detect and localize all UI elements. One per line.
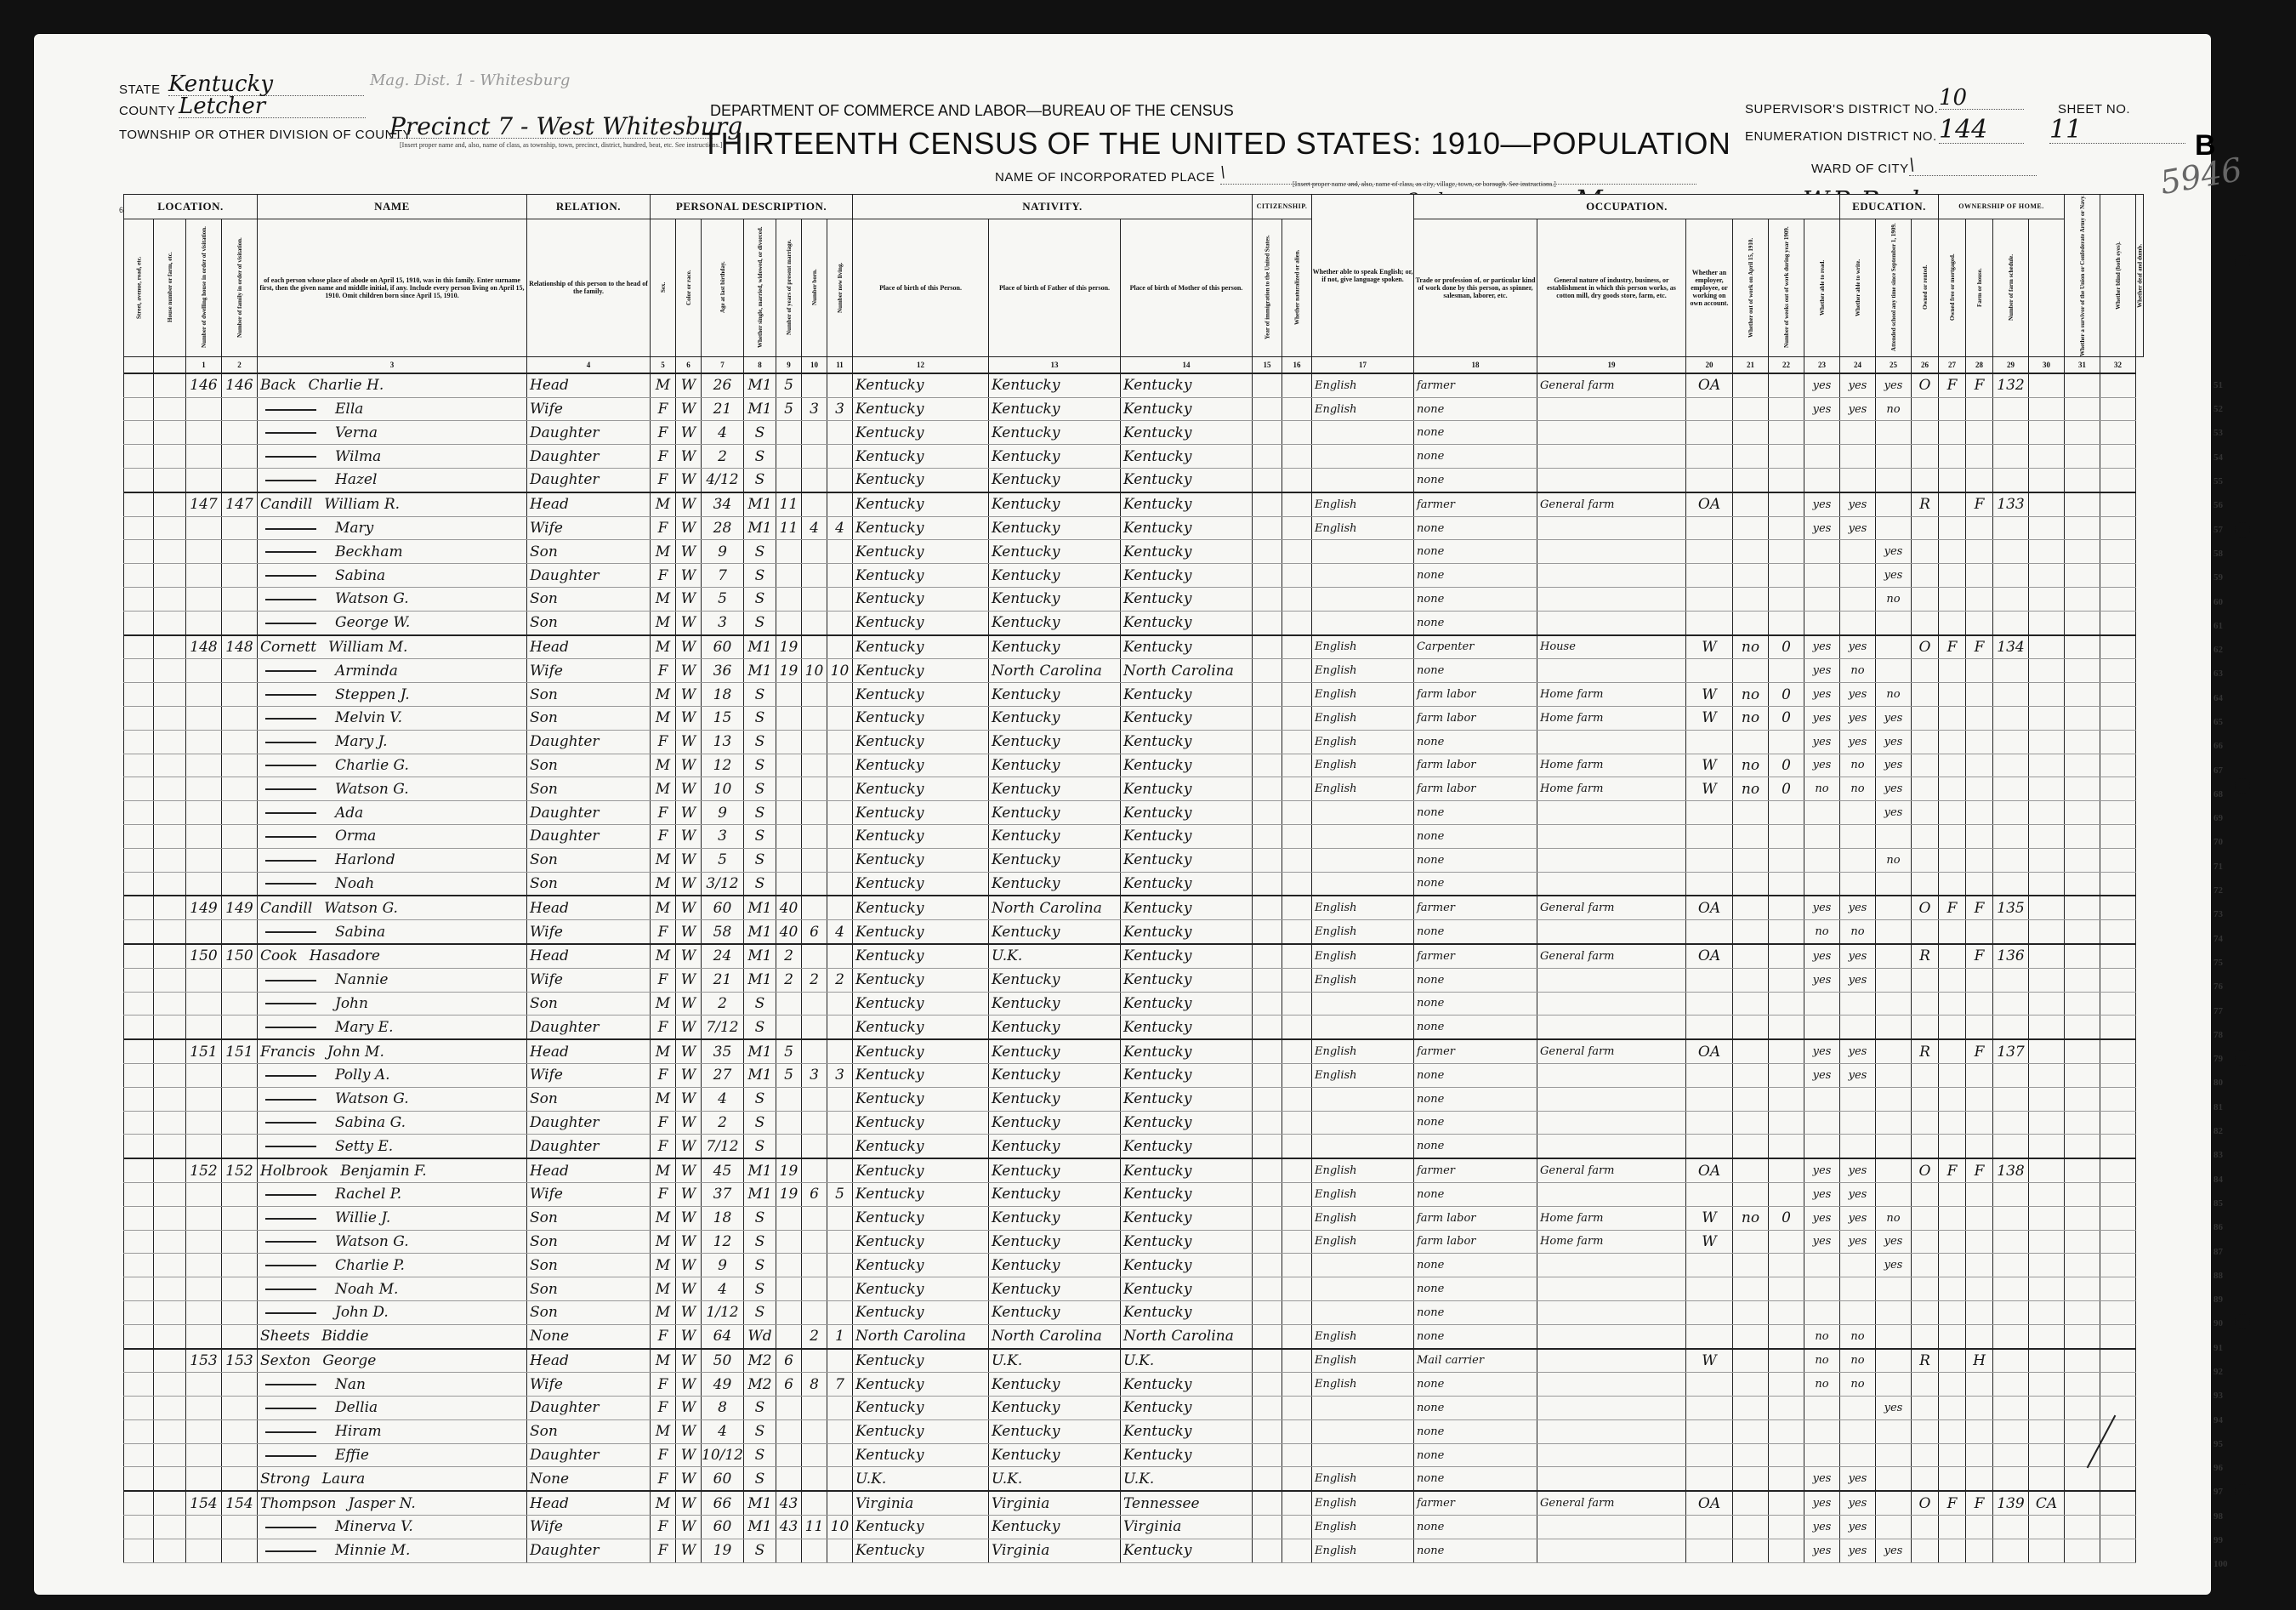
cell-age: 50	[702, 1349, 744, 1373]
cell-immigration-year	[1253, 730, 1282, 754]
cell-name: Nannie	[258, 968, 527, 992]
cell-owned-rented	[1912, 516, 1939, 540]
cell-name: BackCharlie H.	[258, 373, 527, 397]
cell-name: Ella	[258, 397, 527, 421]
given-name: Willie J.	[335, 1209, 390, 1226]
cell-naturalized	[1282, 1443, 1312, 1467]
cell-owned-rented	[1912, 469, 1939, 492]
cell-blind	[2065, 1539, 2100, 1562]
cell-name: StrongLaura	[258, 1467, 527, 1491]
cell-free-mortgaged	[1939, 1111, 1966, 1135]
cell-employer-status	[1686, 1397, 1733, 1420]
cell-can-read	[1804, 848, 1840, 872]
column-number: 4	[527, 356, 651, 373]
cell-children-born	[802, 611, 827, 634]
cell-naturalized	[1282, 968, 1312, 992]
cell-children-born	[802, 1397, 827, 1420]
cell-father-birthplace: Kentucky	[989, 801, 1121, 825]
cell-attended-school	[1876, 445, 1912, 469]
cell-marital-status: S	[744, 469, 776, 492]
cell-house	[154, 1324, 186, 1348]
cell-dwelling-number	[186, 1063, 222, 1087]
table-row: Minnie M.DaughterFW19SKentuckyVirginiaKe…	[124, 1539, 2144, 1562]
cell-house	[154, 1539, 186, 1562]
cell-relation: Head	[527, 1039, 651, 1063]
line-number: 75	[2214, 951, 2228, 975]
cell-employer-status: W	[1686, 1206, 1733, 1230]
cell-employer-status	[1686, 445, 1733, 469]
cell-relation: Head	[527, 492, 651, 516]
cell-sex: M	[651, 611, 676, 634]
cell-mother-birthplace: Kentucky	[1121, 1443, 1253, 1467]
cell-years-married: 40	[776, 920, 802, 944]
cell-can-write: yes	[1840, 1039, 1876, 1063]
cell-sex: F	[651, 801, 676, 825]
cell-naturalized	[1282, 540, 1312, 564]
cell-birthplace: Kentucky	[853, 1277, 989, 1301]
cell-immigration-year	[1253, 920, 1282, 944]
cell-name: ThompsonJasper N.	[258, 1491, 527, 1515]
cell-weeks-out	[1769, 1349, 1804, 1373]
cell-farm-schedule: 139	[1993, 1491, 2029, 1515]
line-number: 92	[2214, 1360, 2228, 1384]
cell-attended-school	[1876, 1516, 1912, 1539]
cell-mother-birthplace: Kentucky	[1121, 1063, 1253, 1087]
cell-farm-or-house: F	[1966, 896, 1993, 919]
margin-annotation: Mag. Dist. 1 - Whitesburg	[370, 71, 570, 89]
cell-farm-schedule	[1993, 516, 2029, 540]
cell-birthplace: Kentucky	[853, 1373, 989, 1397]
cell-father-birthplace: Kentucky	[989, 492, 1121, 516]
cell-birthplace: Kentucky	[853, 1135, 989, 1158]
cell-age: 3/12	[702, 872, 744, 896]
cell-trade: none	[1414, 1087, 1537, 1111]
cell-deaf	[2100, 1397, 2136, 1420]
cell-street	[124, 1254, 154, 1277]
cell-free-mortgaged	[1939, 706, 1966, 730]
column-number: 3	[258, 356, 527, 373]
cell-immigration-year	[1253, 706, 1282, 730]
column-number-row: 1234567891011121314151617181920212223242…	[124, 356, 2144, 373]
cell-deaf	[2100, 706, 2136, 730]
cell-children-living: 2	[827, 968, 853, 992]
cell-trade: farmer	[1414, 1039, 1537, 1063]
cell-can-write: yes	[1840, 1467, 1876, 1491]
cell-father-birthplace: Virginia	[989, 1539, 1121, 1562]
cell-owned-rented	[1912, 1467, 1939, 1491]
cell-language	[1312, 445, 1414, 469]
table-row: Watson G.SonMW4SKentuckyKentuckyKentucky…	[124, 1087, 2144, 1111]
cell-birthplace: Kentucky	[853, 1397, 989, 1420]
cell-owned-rented	[1912, 1516, 1939, 1539]
cell-trade: none	[1414, 516, 1537, 540]
cell-industry	[1537, 848, 1686, 872]
cell-farm-or-house: H	[1966, 1349, 1993, 1373]
cell-industry	[1537, 992, 1686, 1015]
cell-employer-status	[1686, 1015, 1733, 1039]
cell-years-married	[776, 564, 802, 588]
cell-age: 5	[702, 588, 744, 612]
cell-years-married	[776, 469, 802, 492]
cell-street	[124, 1277, 154, 1301]
cell-sex: M	[651, 1419, 676, 1443]
cell-children-living	[827, 540, 853, 564]
cell-mother-birthplace: Kentucky	[1121, 421, 1253, 445]
cell-marital-status: S	[744, 1206, 776, 1230]
cell-children-born	[802, 683, 827, 707]
cell-marital-status: S	[744, 683, 776, 707]
cell-race: W	[676, 754, 702, 777]
ditto-dash	[265, 1099, 316, 1101]
cell-immigration-year	[1253, 824, 1282, 848]
cell-family-number: 152	[222, 1158, 258, 1182]
given-name: Setty E.	[335, 1138, 393, 1155]
cell-trade: none	[1414, 1373, 1537, 1397]
cell-employer-status: OA	[1686, 896, 1733, 919]
cell-naturalized	[1282, 801, 1312, 825]
cell-mother-birthplace: Kentucky	[1121, 706, 1253, 730]
cell-birthplace: Kentucky	[853, 944, 989, 968]
ditto-dash	[265, 1550, 316, 1552]
cell-marital-status: S	[744, 1300, 776, 1324]
cell-street	[124, 635, 154, 659]
cell-sex: F	[651, 1539, 676, 1562]
cell-industry	[1537, 824, 1686, 848]
cell-age: 3	[702, 611, 744, 634]
cell-children-born: 3	[802, 397, 827, 421]
cell-children-born: 8	[802, 1373, 827, 1397]
cell-civil-war	[2029, 1087, 2065, 1111]
cell-trade: none	[1414, 730, 1537, 754]
cell-mother-birthplace: Kentucky	[1121, 397, 1253, 421]
cell-house	[154, 1039, 186, 1063]
cell-language: English	[1312, 896, 1414, 919]
cell-years-married	[776, 1015, 802, 1039]
ditto-dash	[265, 575, 316, 577]
column-number: 16	[1282, 356, 1312, 373]
cell-industry	[1537, 1467, 1686, 1491]
cell-naturalized	[1282, 516, 1312, 540]
given-name: Verna	[335, 424, 378, 441]
cell-free-mortgaged	[1939, 1443, 1966, 1467]
cell-race: W	[676, 1277, 702, 1301]
cell-children-living	[827, 1230, 853, 1254]
cell-farm-or-house	[1966, 1419, 1993, 1443]
cell-can-write	[1840, 564, 1876, 588]
cell-out-of-work	[1733, 1063, 1769, 1087]
stamp-number: 5946	[2157, 151, 2245, 202]
ditto-dash	[265, 1312, 316, 1314]
cell-mother-birthplace: Kentucky	[1121, 1230, 1253, 1254]
cell-dwelling-number	[186, 848, 222, 872]
surname: Candill	[260, 496, 312, 513]
cell-free-mortgaged	[1939, 1182, 1966, 1206]
cell-employer-status: OA	[1686, 944, 1733, 968]
ditto-dash	[265, 528, 316, 530]
cell-blind	[2065, 824, 2100, 848]
given-name: Charlie G.	[335, 757, 409, 774]
department-heading: DEPARTMENT OF COMMERCE AND LABOR—BUREAU …	[710, 102, 1234, 120]
cell-street	[124, 1397, 154, 1420]
cell-farm-schedule	[1993, 1063, 2029, 1087]
cell-relation: Son	[527, 683, 651, 707]
cell-dwelling-number: 154	[186, 1491, 222, 1515]
cell-deaf	[2100, 1158, 2136, 1182]
cell-race: W	[676, 492, 702, 516]
cell-children-born	[802, 1491, 827, 1515]
cell-house	[154, 421, 186, 445]
cell-father-birthplace: Kentucky	[989, 1063, 1121, 1087]
cell-marital-status: S	[744, 1467, 776, 1491]
cell-children-born	[802, 492, 827, 516]
cell-father-birthplace: North Carolina	[989, 1324, 1121, 1348]
cell-out-of-work	[1733, 1419, 1769, 1443]
cell-deaf	[2100, 516, 2136, 540]
cell-street	[124, 445, 154, 469]
cell-farm-schedule	[1993, 588, 2029, 612]
cell-father-birthplace: Kentucky	[989, 516, 1121, 540]
cell-out-of-work	[1733, 1300, 1769, 1324]
cell-birthplace: Kentucky	[853, 1230, 989, 1254]
cell-farm-or-house	[1966, 564, 1993, 588]
table-row: JohnSonMW2SKentuckyKentuckyKentuckynone	[124, 992, 2144, 1015]
cell-immigration-year	[1253, 492, 1282, 516]
line-number: 79	[2214, 1047, 2228, 1071]
cell-can-read: yes	[1804, 1516, 1840, 1539]
cell-family-number	[222, 445, 258, 469]
line-number: 52	[2214, 397, 2228, 421]
given-name: Mary E.	[335, 1019, 394, 1036]
cell-farm-schedule	[1993, 445, 2029, 469]
cell-race: W	[676, 373, 702, 397]
cell-years-married	[776, 1277, 802, 1301]
cell-immigration-year	[1253, 1135, 1282, 1158]
cell-can-write	[1840, 1135, 1876, 1158]
cell-out-of-work	[1733, 992, 1769, 1015]
cell-naturalized	[1282, 1039, 1312, 1063]
cell-attended-school	[1876, 1373, 1912, 1397]
given-name: John	[335, 995, 368, 1012]
cell-relation: Son	[527, 706, 651, 730]
cell-age: 1/12	[702, 1300, 744, 1324]
cell-children-born	[802, 1349, 827, 1373]
cell-mother-birthplace: Kentucky	[1121, 1373, 1253, 1397]
cell-weeks-out	[1769, 1063, 1804, 1087]
cell-dwelling-number	[186, 992, 222, 1015]
cell-language: English	[1312, 1182, 1414, 1206]
cell-farm-schedule: 136	[1993, 944, 2029, 968]
cell-marital-status: M1	[744, 659, 776, 683]
cell-industry	[1537, 588, 1686, 612]
cell-house	[154, 1158, 186, 1182]
cell-marital-status: S	[744, 706, 776, 730]
cell-can-read	[1804, 445, 1840, 469]
cell-age: 26	[702, 373, 744, 397]
table-row: Polly A.WifeFW27M1533KentuckyKentuckyKen…	[124, 1063, 2144, 1087]
cell-immigration-year	[1253, 1300, 1282, 1324]
cell-language	[1312, 1397, 1414, 1420]
cell-dwelling-number	[186, 1015, 222, 1039]
cell-name: Dellia	[258, 1397, 527, 1420]
cell-language: English	[1312, 706, 1414, 730]
cell-language	[1312, 992, 1414, 1015]
cell-years-married: 2	[776, 968, 802, 992]
cell-mother-birthplace: Tennessee	[1121, 1491, 1253, 1515]
cell-children-born	[802, 896, 827, 919]
cell-marital-status: S	[744, 754, 776, 777]
header-house-number: House number or farm, etc.	[154, 219, 186, 356]
cell-industry	[1537, 1135, 1686, 1158]
enumeration-value: 144	[1939, 117, 2024, 144]
given-name: Sabina G.	[335, 1114, 406, 1131]
cell-owned-rented	[1912, 1539, 1939, 1562]
cell-age: 58	[702, 920, 744, 944]
ditto-dash	[265, 623, 316, 624]
cell-attended-school	[1876, 1063, 1912, 1087]
cell-blind	[2065, 801, 2100, 825]
cell-race: W	[676, 445, 702, 469]
cell-family-number	[222, 397, 258, 421]
cell-industry: Home farm	[1537, 777, 1686, 801]
cell-farm-schedule	[1993, 611, 2029, 634]
cell-sex: M	[651, 635, 676, 659]
cell-civil-war	[2029, 1300, 2065, 1324]
cell-employer-status	[1686, 1300, 1733, 1324]
cell-can-write: yes	[1840, 1491, 1876, 1515]
cell-farm-or-house: F	[1966, 1491, 1993, 1515]
given-name: Hasadore	[310, 947, 380, 964]
cell-mother-birthplace: Kentucky	[1121, 683, 1253, 707]
given-name: Watson G.	[335, 1233, 409, 1250]
table-row: HarlondSonMW5SKentuckyKentuckyKentuckyno…	[124, 848, 2144, 872]
table-row: StrongLauraNoneFW60SU.K.U.K.U.K.Englishn…	[124, 1467, 2144, 1491]
cell-deaf	[2100, 659, 2136, 683]
ditto-dash	[265, 1194, 316, 1196]
cell-farm-schedule: 134	[1993, 635, 2029, 659]
cell-years-married	[776, 1324, 802, 1348]
cell-children-living	[827, 1491, 853, 1515]
cell-civil-war	[2029, 683, 2065, 707]
given-name: William M.	[328, 639, 407, 656]
line-number: 82	[2214, 1119, 2228, 1143]
cell-deaf	[2100, 1324, 2136, 1348]
cell-father-birthplace: Kentucky	[989, 1373, 1121, 1397]
cell-can-write	[1840, 1397, 1876, 1420]
cell-children-born	[802, 944, 827, 968]
cell-industry: General farm	[1537, 1491, 1686, 1515]
cell-children-living	[827, 1015, 853, 1039]
column-number: 18	[1414, 356, 1537, 373]
cell-race: W	[676, 730, 702, 754]
cell-name: Polly A.	[258, 1063, 527, 1087]
cell-children-born: 2	[802, 968, 827, 992]
cell-children-living	[827, 1443, 853, 1467]
cell-farm-schedule	[1993, 1349, 2029, 1373]
cell-father-birthplace: Kentucky	[989, 469, 1121, 492]
cell-language: English	[1312, 397, 1414, 421]
cell-dwelling-number	[186, 659, 222, 683]
cell-blind	[2065, 421, 2100, 445]
surname: Francis	[260, 1044, 315, 1061]
header-occupation: OCCUPATION.	[1414, 195, 1840, 219]
cell-children-born	[802, 1111, 827, 1135]
cell-free-mortgaged	[1939, 944, 1966, 968]
line-number: 59	[2214, 566, 2228, 589]
cell-free-mortgaged: F	[1939, 373, 1966, 397]
given-name: Sabina	[335, 924, 385, 941]
line-number: 53	[2214, 421, 2228, 445]
cell-trade: none	[1414, 1015, 1537, 1039]
cell-farm-schedule	[1993, 824, 2029, 848]
cell-house	[154, 872, 186, 896]
cell-language: English	[1312, 777, 1414, 801]
cell-dwelling-number	[186, 754, 222, 777]
header-birth-mother: Place of birth of Mother of this person.	[1121, 219, 1253, 356]
cell-name: Hiram	[258, 1419, 527, 1443]
cell-can-read: yes	[1804, 659, 1840, 683]
cell-sex: F	[651, 1324, 676, 1348]
cell-owned-rented	[1912, 1324, 1939, 1348]
cell-language	[1312, 588, 1414, 612]
cell-can-read: yes	[1804, 1467, 1840, 1491]
cell-civil-war	[2029, 920, 2065, 944]
header-race: Color or race.	[676, 219, 702, 356]
cell-naturalized	[1282, 492, 1312, 516]
cell-sex: M	[651, 872, 676, 896]
cell-language	[1312, 872, 1414, 896]
cell-name: Charlie G.	[258, 754, 527, 777]
cell-employer-status	[1686, 611, 1733, 634]
cell-father-birthplace: Kentucky	[989, 635, 1121, 659]
cell-can-read: yes	[1804, 1539, 1840, 1562]
cell-out-of-work	[1733, 1015, 1769, 1039]
cell-children-born	[802, 1254, 827, 1277]
cell-race: W	[676, 659, 702, 683]
cell-naturalized	[1282, 1324, 1312, 1348]
cell-farm-or-house	[1966, 1015, 1993, 1039]
cell-father-birthplace: Kentucky	[989, 421, 1121, 445]
cell-weeks-out	[1769, 1254, 1804, 1277]
cell-dwelling-number: 147	[186, 492, 222, 516]
cell-farm-schedule	[1993, 730, 2029, 754]
cell-free-mortgaged	[1939, 1039, 1966, 1063]
cell-civil-war	[2029, 777, 2065, 801]
cell-dwelling-number	[186, 1324, 222, 1348]
cell-industry	[1537, 730, 1686, 754]
cell-trade: none	[1414, 824, 1537, 848]
cell-children-living	[827, 635, 853, 659]
cell-deaf	[2100, 492, 2136, 516]
cell-children-born	[802, 1419, 827, 1443]
cell-years-married: 19	[776, 659, 802, 683]
cell-civil-war	[2029, 588, 2065, 612]
cell-weeks-out	[1769, 1135, 1804, 1158]
cell-trade: none	[1414, 469, 1537, 492]
cell-house	[154, 683, 186, 707]
cell-owned-rented	[1912, 683, 1939, 707]
cell-farm-schedule	[1993, 1397, 2029, 1420]
cell-weeks-out	[1769, 801, 1804, 825]
cell-street	[124, 968, 154, 992]
cell-employer-status: W	[1686, 754, 1733, 777]
cell-trade: none	[1414, 1135, 1537, 1158]
cell-farm-or-house	[1966, 540, 1993, 564]
cell-can-write	[1840, 611, 1876, 634]
cell-family-number	[222, 1206, 258, 1230]
cell-marital-status: S	[744, 1015, 776, 1039]
cell-dwelling-number	[186, 1300, 222, 1324]
cell-father-birthplace: Kentucky	[989, 1182, 1121, 1206]
